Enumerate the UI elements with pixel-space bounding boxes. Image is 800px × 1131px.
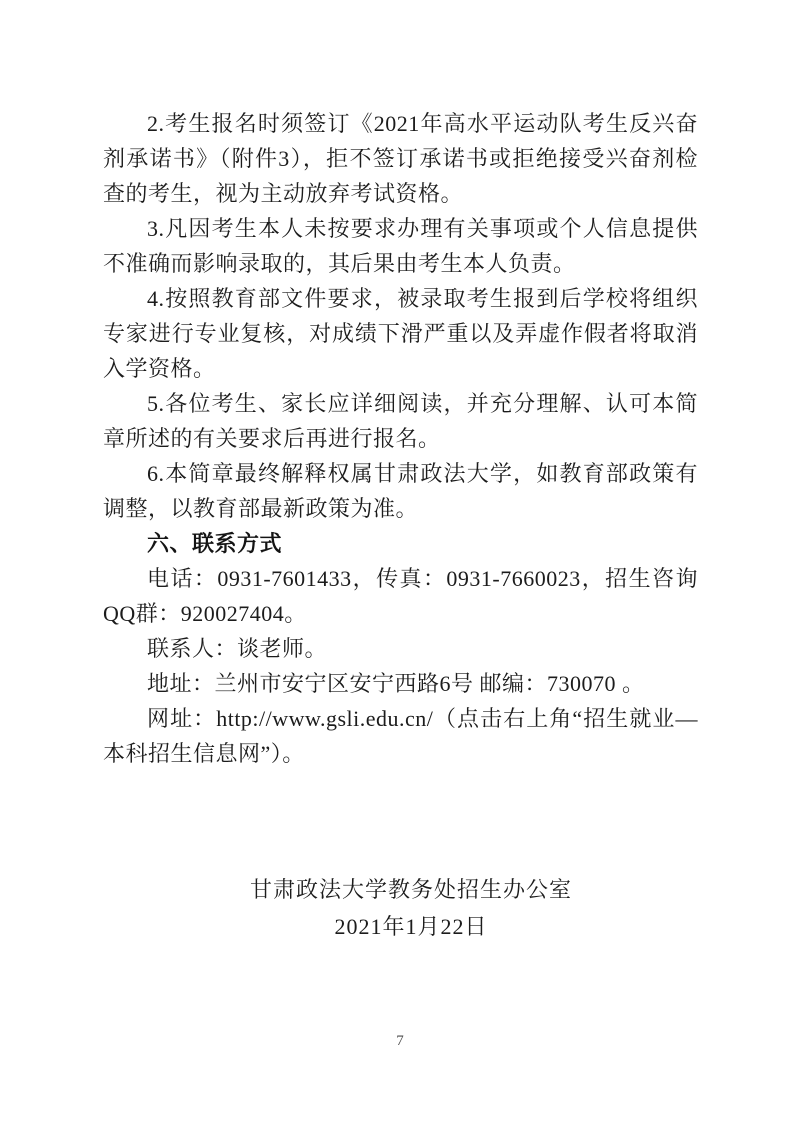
body-paragraph-5: 5.各位考生、家长应详细阅读，并充分理解、认可本简章所述的有关要求后再进行报名。 [103, 386, 698, 456]
signature-org: 甘肃政法大学教务处招生办公室 [22, 871, 800, 908]
contact-phone-line: 电话：0931-7601433，传真：0931-7660023，招生咨询QQ群：… [103, 561, 698, 631]
contact-person-line: 联系人：谈老师。 [103, 631, 698, 666]
body-paragraph-3: 3.凡因考生本人未按要求办理有关事项或个人信息提供不准确而影响录取的，其后果由考… [103, 211, 698, 281]
body-paragraph-6: 6.本简章最终解释权属甘肃政法大学，如教育部政策有调整，以教育部最新政策为准。 [103, 456, 698, 526]
signature-date: 2021年1月22日 [22, 908, 800, 945]
body-paragraph-2: 2.考生报名时须签订《2021年高水平运动队考生反兴奋剂承诺书》（附件3），拒不… [103, 106, 698, 211]
contact-address-line: 地址：兰州市安宁区安宁西路6号 邮编：730070 。 [103, 666, 698, 701]
body-paragraph-4: 4.按照教育部文件要求，被录取考生报到后学校将组织专家进行专业复核，对成绩下滑严… [103, 281, 698, 386]
signature-block: 甘肃政法大学教务处招生办公室 2021年1月22日 [0, 871, 800, 945]
page-number: 7 [0, 1031, 800, 1051]
section-heading-contact: 六、联系方式 [103, 526, 698, 561]
document-body: 2.考生报名时须签订《2021年高水平运动队考生反兴奋剂承诺书》（附件3），拒不… [103, 106, 698, 771]
contact-website-line: 网址：http://www.gsli.edu.cn/（点击右上角“招生就业—本科… [103, 701, 698, 771]
document-page: 2.考生报名时须签订《2021年高水平运动队考生反兴奋剂承诺书》（附件3），拒不… [0, 0, 800, 1131]
